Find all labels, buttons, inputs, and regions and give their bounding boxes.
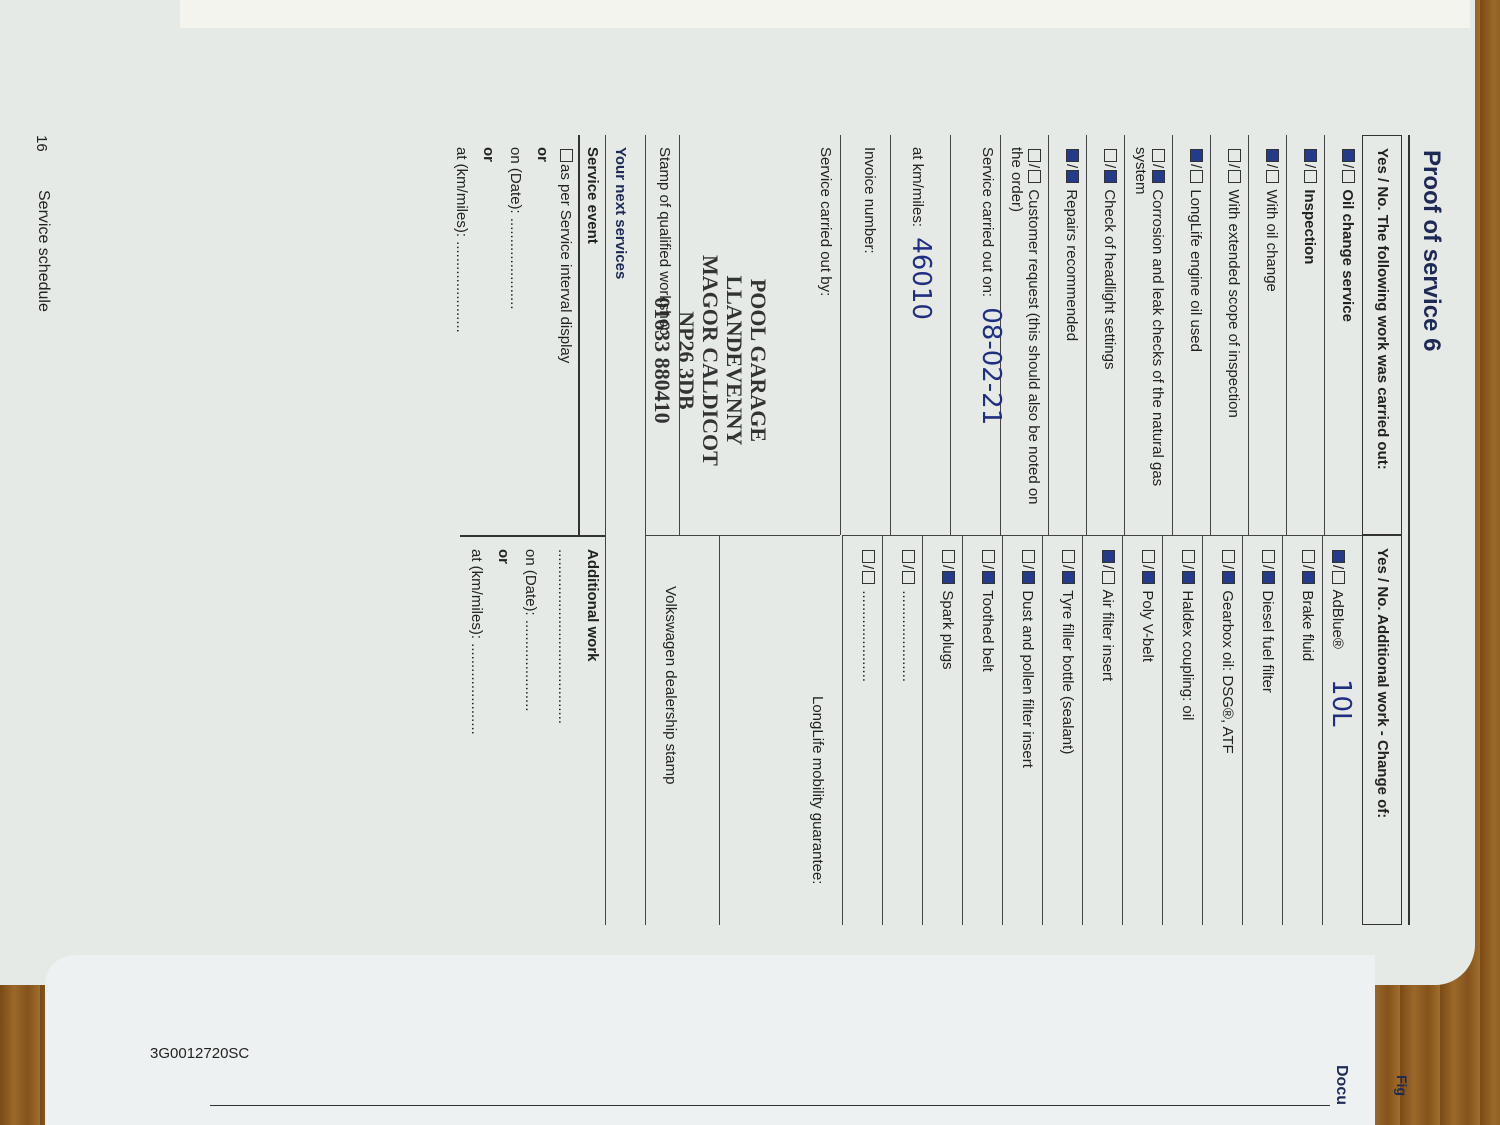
- mileage-label: at km/miles:: [909, 147, 926, 227]
- checkbox[interactable]: [862, 550, 875, 563]
- checkbox[interactable]: [1332, 550, 1345, 563]
- work-item-label: LongLife engine oil used: [1187, 189, 1204, 352]
- checkbox[interactable]: [1190, 170, 1203, 183]
- guarantee-row: LongLife mobility guarantee:: [720, 535, 840, 925]
- additional-item[interactable]: / ......................: [882, 535, 922, 925]
- checkbox[interactable]: [1028, 149, 1041, 162]
- interval-option-label: as per Service interval display: [557, 164, 574, 363]
- additional-item[interactable]: / Haldex coupling: oil: [1162, 535, 1202, 925]
- checkbox[interactable]: [942, 571, 955, 584]
- checkbox[interactable]: [1152, 149, 1165, 162]
- checkbox[interactable]: [942, 550, 955, 563]
- carried-out-by-label: Service carried out by:: [817, 147, 834, 296]
- work-item-label: Oil change service: [1339, 189, 1356, 322]
- additional-work-line[interactable]: ........................................…: [547, 537, 580, 927]
- checkbox[interactable]: [1342, 149, 1355, 162]
- mileage-row: at km/miles: 46010: [890, 135, 950, 535]
- work-item[interactable]: / Oil change service: [1324, 135, 1362, 535]
- additional-item[interactable]: / Air filter insert: [1082, 535, 1122, 925]
- additional-work-date-field[interactable]: on (Date): ......................: [514, 537, 547, 927]
- stamp-label: Stamp of qualified workshop: [645, 135, 680, 535]
- dealer-stamp-label: Volkswagen dealership stamp: [662, 586, 679, 784]
- next-service-date-field[interactable]: on (Date): ......................: [499, 135, 532, 535]
- work-item-label: Inspection: [1301, 189, 1318, 264]
- service-date-label: Service carried out on:: [979, 147, 996, 297]
- interval-option[interactable]: as per Service interval display: [553, 135, 578, 535]
- additional-item[interactable]: / Gearbox oil: DSG®, ATF: [1202, 535, 1242, 925]
- checkbox[interactable]: [1228, 170, 1241, 183]
- additional-item[interactable]: / Toothed belt: [962, 535, 1002, 925]
- additional-work-heading: Yes / No. Additional work - Change of:: [1362, 535, 1402, 925]
- checkbox[interactable]: [1152, 170, 1165, 183]
- checkbox[interactable]: [1102, 571, 1115, 584]
- checkbox[interactable]: [1066, 170, 1079, 183]
- checkbox[interactable]: [1222, 550, 1235, 563]
- checkbox[interactable]: [1266, 149, 1279, 162]
- checkbox[interactable]: [1104, 149, 1117, 162]
- invoice-label: Invoice number:: [861, 147, 878, 254]
- service-date-value[interactable]: 08-02-21: [976, 307, 1006, 425]
- additional-item[interactable]: / ......................: [842, 535, 882, 925]
- additional-item-label: AdBlue®: [1329, 590, 1346, 649]
- checkbox[interactable]: [1304, 170, 1317, 183]
- additional-item-label: Spark plugs: [939, 590, 956, 669]
- checkbox[interactable]: [1028, 170, 1041, 183]
- carried-out-by-row: Service carried out by: POOL GARAGE LLAN…: [680, 135, 840, 535]
- title-divider: [1408, 135, 1410, 925]
- mileage-value[interactable]: 46010: [906, 237, 936, 320]
- or-label: or: [478, 135, 499, 535]
- work-item-label: Repairs recommended: [1063, 189, 1080, 341]
- checkbox[interactable]: [1302, 571, 1315, 584]
- checkbox[interactable]: [1190, 149, 1203, 162]
- checkbox[interactable]: [1062, 550, 1075, 563]
- work-item-label: Corrosion and leak checks of the natural…: [1132, 147, 1166, 486]
- checkbox[interactable]: [862, 571, 875, 584]
- checkbox[interactable]: [560, 149, 573, 162]
- additional-item-label: Brake fluid: [1299, 590, 1316, 661]
- work-item[interactable]: / Check of headlight settings: [1086, 135, 1124, 535]
- or-label: or: [493, 537, 514, 927]
- work-item[interactable]: / Inspection: [1286, 135, 1324, 535]
- checkbox[interactable]: [1332, 571, 1345, 584]
- checkbox[interactable]: [902, 571, 915, 584]
- additional-item[interactable]: / Poly V-belt: [1122, 535, 1162, 925]
- service-event-heading: Service event: [578, 135, 605, 535]
- figure-label: Fig: [1394, 1075, 1410, 1096]
- additional-item-label: Tyre filler bottle (sealant): [1059, 590, 1076, 754]
- checkbox[interactable]: [1104, 170, 1117, 183]
- checkbox[interactable]: [982, 571, 995, 584]
- additional-item[interactable]: / Spark plugs: [922, 535, 962, 925]
- additional-item[interactable]: / Tyre filler bottle (sealant): [1042, 535, 1082, 925]
- handwritten-note: 10L: [1326, 679, 1356, 727]
- work-item-label: With oil change: [1263, 189, 1280, 292]
- work-item[interactable]: / With oil change: [1248, 135, 1286, 535]
- checkbox[interactable]: [1066, 149, 1079, 162]
- stamp-line: POOL GARAGE: [746, 255, 770, 466]
- checkbox[interactable]: [1228, 149, 1241, 162]
- checkbox[interactable]: [1342, 170, 1355, 183]
- additional-item-label: Toothed belt: [979, 590, 996, 672]
- invoice-row: Invoice number:: [840, 135, 890, 535]
- checkbox[interactable]: [1142, 550, 1155, 563]
- next-service-km-field[interactable]: at (km/miles): ......................: [445, 135, 478, 535]
- or-label: or: [532, 135, 553, 535]
- checkbox[interactable]: [1262, 571, 1275, 584]
- work-carried-out-heading: Yes / No. The following work was carried…: [1362, 135, 1402, 535]
- checkbox[interactable]: [1062, 571, 1075, 584]
- work-item[interactable]: / Repairs recommended: [1048, 135, 1086, 535]
- page-number: 16: [33, 135, 50, 152]
- next-services-title: Your next services: [605, 135, 635, 925]
- additional-item[interactable]: / Diesel fuel filter: [1242, 535, 1282, 925]
- dealer-stamp-row: Volkswagen dealership stamp: [645, 535, 720, 925]
- service-record-form: Proof of service 6 Yes / No. The followi…: [10, 95, 1450, 965]
- additional-item-label: Air filter insert: [1099, 590, 1116, 682]
- work-item[interactable]: / Corrosion and leak checks of the natur…: [1124, 135, 1172, 535]
- checkbox[interactable]: [1304, 149, 1317, 162]
- next-services-section: Your next services Service event as per …: [0, 135, 635, 925]
- guarantee-label: LongLife mobility guarantee:: [809, 696, 826, 884]
- additional-item-label: Poly V-belt: [1139, 590, 1156, 662]
- checkbox[interactable]: [1266, 170, 1279, 183]
- checkbox[interactable]: [982, 550, 995, 563]
- additional-item-label: ......................: [899, 590, 916, 682]
- stamp-line: LLANDEVENNY: [722, 255, 746, 466]
- page-edge: [180, 0, 1470, 28]
- checkbox[interactable]: [902, 550, 915, 563]
- additional-item-label: Diesel fuel filter: [1259, 590, 1276, 693]
- checkbox[interactable]: [1222, 571, 1235, 584]
- additional-work-next-heading: Additional work: [580, 537, 605, 927]
- additional-item-label: ......................: [859, 590, 876, 682]
- checkbox[interactable]: [1262, 550, 1275, 563]
- booklet-page-right: [45, 955, 1375, 1125]
- checkbox[interactable]: [1022, 550, 1035, 563]
- additional-work-km-field[interactable]: at (km/miles): ......................: [460, 537, 493, 927]
- checkbox[interactable]: [1182, 571, 1195, 584]
- section-label: Service schedule: [34, 190, 52, 312]
- work-item-label: With extended scope of inspection: [1225, 189, 1242, 417]
- checkbox[interactable]: [1142, 571, 1155, 584]
- additional-item[interactable]: / Dust and pollen filter insert: [1002, 535, 1042, 925]
- additional-item-label: Gearbox oil: DSG®, ATF: [1219, 590, 1236, 753]
- page-title: Proof of service 6: [1417, 150, 1445, 351]
- service-event-block: Service event as per Service interval di…: [445, 135, 605, 535]
- checkbox[interactable]: [1102, 550, 1115, 563]
- additional-item-label: Dust and pollen filter insert: [1019, 590, 1036, 768]
- additional-item[interactable]: / AdBlue®10L: [1322, 535, 1362, 925]
- work-item[interactable]: / LongLife engine oil used: [1172, 135, 1210, 535]
- right-page-heading: Docu: [1332, 1065, 1350, 1105]
- checkbox[interactable]: [1182, 550, 1195, 563]
- checkbox[interactable]: [1302, 550, 1315, 563]
- work-item-label: Check of headlight settings: [1101, 189, 1118, 369]
- additional-work-block: Additional work ........................…: [460, 535, 605, 927]
- right-page-table: [210, 1105, 1330, 1125]
- stamp-line: MAGOR CALDICOT: [698, 255, 722, 466]
- work-item[interactable]: / With extended scope of inspection: [1210, 135, 1248, 535]
- additional-item-label: Haldex coupling: oil: [1179, 590, 1196, 720]
- service-date-row: Service carried out on: 08-02-21: [950, 135, 1020, 535]
- checkbox[interactable]: [1022, 571, 1035, 584]
- document-code: 3G0012720SC: [150, 1045, 249, 1062]
- additional-item[interactable]: / Brake fluid: [1282, 535, 1322, 925]
